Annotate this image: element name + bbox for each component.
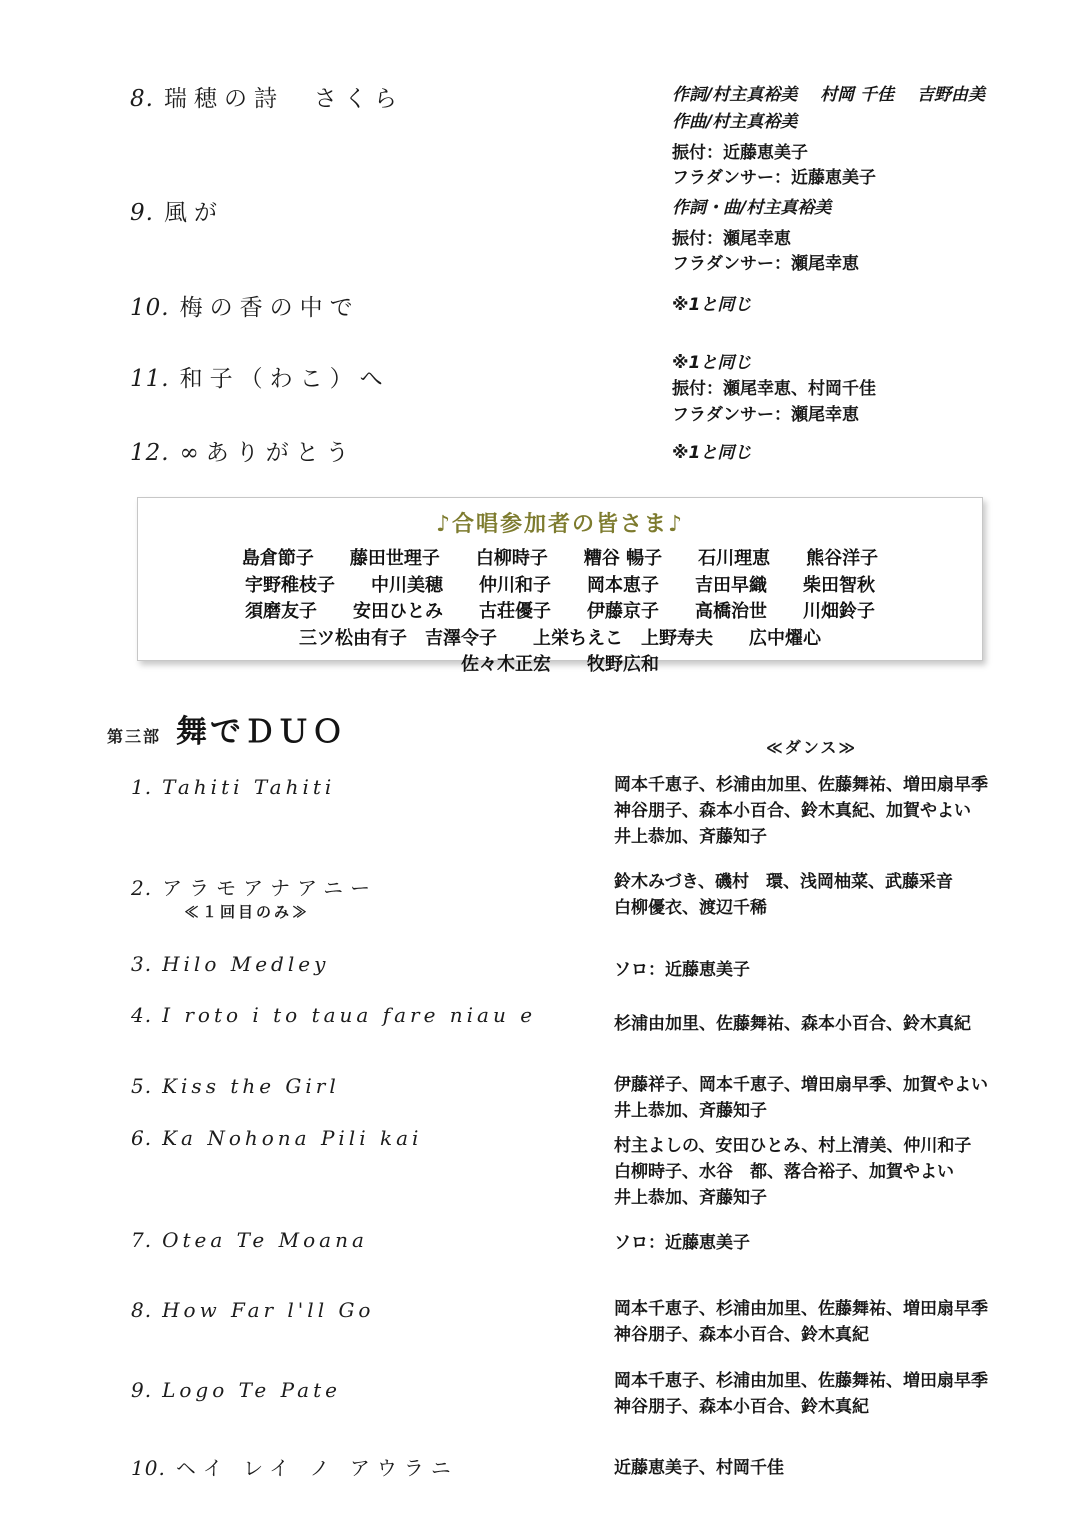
song-title-row: 3.Hilo Medley bbox=[131, 952, 329, 976]
credit-line: ※1と同じ bbox=[672, 350, 876, 376]
credit-line: ※1と同じ bbox=[672, 440, 751, 466]
song-credits: 鈴木みづき、磯村 環、浅岡柚菜、武藤采音 白柳優衣、渡辺千稀 bbox=[614, 869, 953, 921]
song-title-text: Tahiti Tahiti bbox=[162, 775, 335, 799]
credit-line: 作曲/村主真裕美 bbox=[672, 109, 985, 136]
song-title-row: 9.風が bbox=[130, 194, 224, 227]
song-title-row: 5.Kiss the Girl bbox=[131, 1074, 340, 1098]
song-title-text: Hilo Medley bbox=[162, 952, 329, 976]
chorus-box-title: ♪合唱参加者の皆さま♪ bbox=[138, 507, 982, 538]
song-title-text: ∞ありがとう bbox=[180, 440, 356, 466]
song-credits: 村主よしの、安田ひとみ、村上清美、仲川和子 白柳時子、水谷 都、落合裕子、加賀や… bbox=[614, 1133, 971, 1211]
song-number: 8. bbox=[130, 86, 154, 112]
part-label: 第三部 bbox=[107, 724, 161, 747]
credit-line: 岡本千恵子、杉浦由加里、佐藤舞祐、増田扇早季 bbox=[614, 1296, 988, 1322]
song-credits: 岡本千恵子、杉浦由加里、佐藤舞祐、増田扇早季 神谷朋子、森本小百合、鈴木真紀 bbox=[614, 1296, 988, 1348]
song-title-text: Kiss the Girl bbox=[162, 1074, 340, 1098]
song-title-row: 1.Tahiti Tahiti bbox=[131, 775, 335, 799]
song-credits: ※1と同じ bbox=[672, 440, 751, 466]
song-credits: 近藤恵美子、村岡千佳 bbox=[614, 1455, 784, 1481]
song-credits: 杉浦由加里、佐藤舞祐、森本小百合、鈴木真紀 bbox=[614, 1011, 971, 1037]
song-credits: 作詞/村主真裕美 村岡 千佳 吉野由美 作曲/村主真裕美 振付：近藤恵美子 フラ… bbox=[672, 82, 985, 191]
song-credits: ソロ：近藤恵美子 bbox=[614, 957, 750, 983]
credit-line: ソロ：近藤恵美子 bbox=[614, 957, 750, 983]
credit-line: 作詞/村主真裕美 村岡 千佳 吉野由美 bbox=[672, 82, 985, 109]
credit-line: 振付：瀬尾幸恵、村岡千佳 bbox=[672, 376, 876, 402]
credit-line: 振付：近藤恵美子 bbox=[672, 141, 985, 166]
song-title-row: 8.How Far l'll Go bbox=[131, 1298, 374, 1322]
song-title-text: ヘイ レイ ノ アウラニ bbox=[176, 1456, 458, 1480]
chorus-name-list: 島倉節子 藤田世理子 白柳時子 糟谷 暢子 石川理恵 熊谷洋子 宇野稚枝子 中川… bbox=[138, 546, 982, 679]
chorus-name-row: 島倉節子 藤田世理子 白柳時子 糟谷 暢子 石川理恵 熊谷洋子 bbox=[138, 546, 982, 573]
song-title-row: 10.梅の香の中で bbox=[130, 289, 360, 322]
song-title-row: 6.Ka Nohona Pili kai bbox=[131, 1126, 422, 1150]
song-credits: 岡本千恵子、杉浦由加里、佐藤舞祐、増田扇早季 神谷朋子、森本小百合、鈴木真紀、加… bbox=[614, 772, 988, 850]
song-title-text: Ka Nohona Pili kai bbox=[162, 1126, 422, 1150]
song-number: 4. bbox=[131, 1003, 152, 1027]
credit-line: 振付：瀬尾幸恵 bbox=[672, 227, 859, 252]
credit-line: 白柳時子、水谷 都、落合裕子、加賀やよい bbox=[614, 1159, 971, 1185]
song-credits: ソロ：近藤恵美子 bbox=[614, 1230, 750, 1256]
song-number: 1. bbox=[131, 775, 152, 799]
program-page: 8.瑞穂の詩 さくら 作詞/村主真裕美 村岡 千佳 吉野由美 作曲/村主真裕美 … bbox=[0, 0, 1076, 1522]
credit-line: 鈴木みづき、磯村 環、浅岡柚菜、武藤采音 bbox=[614, 869, 953, 895]
song-number: 6. bbox=[131, 1126, 152, 1150]
credit-line: 神谷朋子、森本小百合、鈴木真紀 bbox=[614, 1394, 988, 1420]
song-title-text: アラモアナアニー bbox=[162, 876, 377, 900]
song-title-text: Logo Te Pate bbox=[162, 1378, 341, 1402]
song-credits: 伊藤祥子、岡本千恵子、増田扇早季、加賀やよい 井上恭加、斉藤知子 bbox=[614, 1072, 988, 1124]
credit-line: ※1と同じ bbox=[672, 292, 751, 318]
song-number: 5. bbox=[131, 1074, 152, 1098]
credit-line: 伊藤祥子、岡本千恵子、増田扇早季、加賀やよい bbox=[614, 1072, 988, 1098]
credit-line: 井上恭加、斉藤知子 bbox=[614, 1098, 988, 1124]
song-title-text: Otea Te Moana bbox=[162, 1228, 368, 1252]
part-title: 舞でＤＵＯ bbox=[176, 706, 346, 751]
credit-line: 井上恭加、斉藤知子 bbox=[614, 824, 988, 850]
song-title-row: 4.I roto i to taua fare niau e bbox=[131, 1003, 536, 1027]
chorus-name-row: 須磨友子 安田ひとみ 古荘優子 伊藤京子 高橋治世 川畑鈴子 bbox=[138, 599, 982, 626]
song-title-row: 11.和子（わこ）へ bbox=[130, 360, 390, 393]
credit-line: 作詞・曲/村主真裕美 bbox=[672, 195, 859, 222]
song-title-text: 梅の香の中で bbox=[180, 295, 360, 321]
song-number: 8. bbox=[131, 1298, 152, 1322]
song-number: 3. bbox=[131, 952, 152, 976]
song-credits: ※1と同じ bbox=[672, 292, 751, 318]
song-title-text: 瑞穂の詩 さくら bbox=[164, 86, 404, 112]
credit-line: 井上恭加、斉藤知子 bbox=[614, 1185, 971, 1211]
credit-line: 岡本千恵子、杉浦由加里、佐藤舞祐、増田扇早季 bbox=[614, 1368, 988, 1394]
credit-line: フラダンサー：瀬尾幸恵 bbox=[672, 402, 876, 428]
credit-line: 神谷朋子、森本小百合、鈴木真紀 bbox=[614, 1322, 988, 1348]
song-title-text: 和子（わこ）へ bbox=[180, 366, 390, 392]
song-title-row: 9.Logo Te Pate bbox=[131, 1378, 341, 1402]
chorus-participants-box: ♪合唱参加者の皆さま♪ 島倉節子 藤田世理子 白柳時子 糟谷 暢子 石川理恵 熊… bbox=[137, 497, 983, 661]
song-number: 12. bbox=[130, 440, 170, 466]
chorus-name-row: 佐々木正宏 牧野広和 bbox=[138, 652, 982, 679]
song-number: 11. bbox=[130, 366, 170, 392]
song-title-text: I roto i to taua fare niau e bbox=[162, 1003, 536, 1027]
song-title-row: 2.アラモアナアニー bbox=[131, 872, 377, 901]
song-credits: 作詞・曲/村主真裕美 振付：瀬尾幸恵 フラダンサー：瀬尾幸恵 bbox=[672, 195, 859, 277]
credit-line: 近藤恵美子、村岡千佳 bbox=[614, 1455, 784, 1481]
credit-line: ソロ：近藤恵美子 bbox=[614, 1230, 750, 1256]
song-title-text: 風が bbox=[164, 200, 224, 226]
song-title-row: 8.瑞穂の詩 さくら bbox=[130, 80, 404, 113]
credit-line: フラダンサー：近藤恵美子 bbox=[672, 166, 985, 191]
credit-line: 杉浦由加里、佐藤舞祐、森本小百合、鈴木真紀 bbox=[614, 1011, 971, 1037]
genre-label: ≪ダンス≫ bbox=[766, 735, 857, 758]
song-number: 7. bbox=[131, 1228, 152, 1252]
song-title-text: How Far l'll Go bbox=[162, 1298, 374, 1322]
song-title-row: 7.Otea Te Moana bbox=[131, 1228, 368, 1252]
credit-line: 村主よしの、安田ひとみ、村上清美、仲川和子 bbox=[614, 1133, 971, 1159]
song-number: 10. bbox=[130, 295, 170, 321]
credit-line: 岡本千恵子、杉浦由加里、佐藤舞祐、増田扇早季 bbox=[614, 772, 988, 798]
chorus-name-row: 宇野稚枝子 中川美穂 仲川和子 岡本恵子 吉田早織 柴田智秋 bbox=[138, 573, 982, 600]
song-number: 9. bbox=[130, 200, 154, 226]
credit-line: フラダンサー：瀬尾幸恵 bbox=[672, 252, 859, 277]
song-credits: 岡本千恵子、杉浦由加里、佐藤舞祐、増田扇早季 神谷朋子、森本小百合、鈴木真紀 bbox=[614, 1368, 988, 1420]
credit-line: 神谷朋子、森本小百合、鈴木真紀、加賀やよい bbox=[614, 798, 988, 824]
song-title-row: 10.ヘイ レイ ノ アウラニ bbox=[131, 1452, 458, 1481]
chorus-name-row: 三ツ松由有子 吉澤令子 上栄ちえこ 上野寿夫 広中燿心 bbox=[138, 626, 982, 653]
song-number: 2. bbox=[131, 876, 152, 900]
song-number: 9. bbox=[131, 1378, 152, 1402]
song-subtitle: ≪１回目のみ≫ bbox=[184, 901, 310, 922]
song-credits: ※1と同じ 振付：瀬尾幸恵、村岡千佳 フラダンサー：瀬尾幸恵 bbox=[672, 350, 876, 428]
song-number: 10. bbox=[131, 1456, 166, 1480]
credit-line: 白柳優衣、渡辺千稀 bbox=[614, 895, 953, 921]
song-title-row: 12.∞ありがとう bbox=[130, 434, 356, 467]
